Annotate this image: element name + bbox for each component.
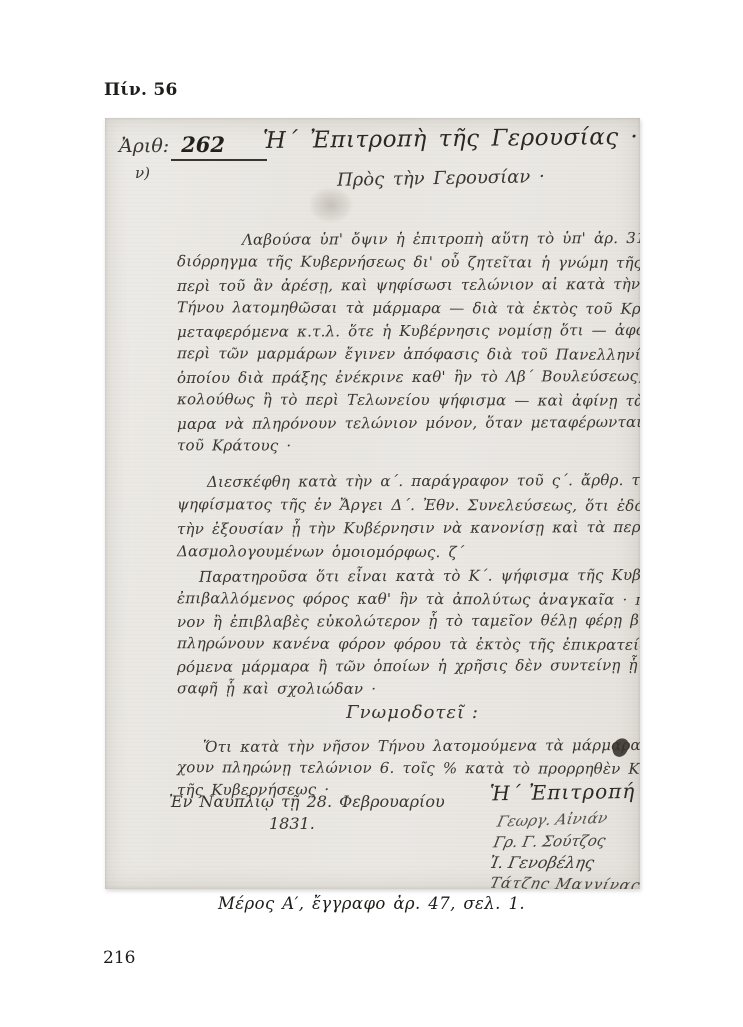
handwritten-line: ρόμενα μάρμαρα ἢ τῶν ὁποίων ἡ χρῆσις δὲν… [177, 654, 639, 679]
handwritten-line: κολούθως ἢ τὸ περὶ Τελωνείου ψήφισμα — κ… [177, 388, 639, 413]
year: 1831. [269, 814, 445, 833]
paper-stain [310, 188, 352, 222]
signature: Τάτζης Μαγγίνας [488, 874, 640, 889]
figure-caption: Μέρος Α′, ἔγγραφο ἀρ. 47, σελ. 1. [0, 894, 743, 913]
handwritten-line: περὶ τοῦ ἂν ἀρέσῃ, καὶ ψηφίσωσι τελώνιον… [177, 273, 639, 298]
document-title: Ἡ΄ Ἐπιτροπὴ τῆς Γερουσίας · [263, 124, 639, 154]
document-scan: Ἀριθ:262 ν) Ἡ΄ Ἐπιτροπὴ τῆς Γερουσίας · … [105, 118, 640, 889]
handwritten-line: πληρώνουν κανένα φόρον φόρου τὰ ἐκτὸς τῆ… [177, 632, 639, 656]
signature-block: Ἡ΄ Ἐπιτροπή · Γεωργ. Αἰνιάν Γρ. Γ. Σούτζ… [490, 780, 640, 889]
handwritten-line: ἐπιβαλλόμενος φόρος καθ' ἣν τὰ ἀπολύτως … [177, 587, 639, 611]
committee-signoff: Ἡ΄ Ἐπιτροπή · [490, 779, 640, 806]
handwritten-line: Τήνου λατομηθῶσαι τὰ μάρμαρα — διὰ τὰ ἐκ… [177, 296, 639, 321]
handwritten-line: Ὅτι κατὰ τὴν νῆσον Τήνου λατομούμενα τὰ … [177, 735, 640, 759]
handwritten-line: μεταφερόμενα κ.τ.λ. ὅτε ἡ Κυβέρνησις νομ… [177, 319, 639, 344]
handwritten-line: ὁποίου διὰ πράξης ἐνέκρινε καθ' ἣν τὸ Λβ… [177, 365, 639, 390]
place-date: Ἐν Ναυπλίῳ τῇ 28. Φεβρουαρίου [169, 792, 445, 811]
book-page: Πίν. 56 Ἀριθ:262 ν) Ἡ΄ Ἐπιτροπὴ τῆς Γερο… [0, 0, 743, 1027]
handwritten-line: χουν πληρώνῃ τελώνιον 6. τοῖς % κατὰ τὸ … [177, 757, 640, 780]
document-addressee: Πρὸς τὴν Γερουσίαν · [337, 166, 545, 191]
handwritten-line: διόρρηγμα τῆς Κυβερνήσεως δι' οὗ ζητεῖτα… [177, 250, 639, 275]
handwritten-line: ψηφίσματος τῆς ἐν Ἄργει Δ΄. Ἐθν. Συνελεύ… [177, 493, 639, 518]
handwritten-line: σαφῆ ᾗ καὶ σχολιώδαν · [177, 677, 639, 701]
paragraph-3: Παρατηροῦσα ὅτι εἶναι κατὰ τὸ Κ΄. ψήφισμ… [177, 565, 639, 701]
handwritten-line: τοῦ Κράτους · [177, 434, 639, 459]
handwritten-line: νον ἢ ἐπιβλαβὲς εὐκολώτερον ᾗ τὸ ταμεῖον… [177, 609, 639, 634]
protocol-number-group: Ἀριθ:262 [119, 132, 267, 157]
signature: Ἰ. Γενοβέλης [488, 853, 640, 872]
dateline: Ἐν Ναυπλίῳ τῇ 28. Φεβρουαρίου 1831. [169, 792, 445, 833]
paragraph-2: Διεσκέφθη κατὰ τὴν α΄. παράγραφον τοῦ ς΄… [177, 470, 639, 564]
handwritten-line: Παρατηροῦσα ὅτι εἶναι κατὰ τὸ Κ΄. ψήφισμ… [177, 564, 639, 589]
page-number: 216 [103, 948, 135, 968]
protocol-number: 262 [171, 132, 267, 161]
handwritten-line: Διεσκέφθη κατὰ τὴν α΄. παράγραφον τοῦ ς΄… [177, 469, 639, 495]
handwritten-line: Λαβούσα ὑπ' ὄψιν ἡ ἐπιτροπὴ αὕτη τὸ ὑπ' … [177, 227, 639, 252]
plate-label: Πίν. 56 [104, 80, 178, 100]
handwritten-line: τὴν ἐξουσίαν ᾗ τὴν Κυβέρνησιν νὰ κανονίσ… [177, 516, 639, 542]
opinion-heading: Γνωμοδοτεῖ : [105, 702, 640, 723]
paragraph-1: Λαβούσα ὑπ' ὄψιν ἡ ἐπιτροπὴ αὕτη τὸ ὑπ' … [177, 228, 639, 458]
handwritten-line: Δασμολογουμένων ὁμοιομόρφως. ζ΄ [177, 540, 639, 565]
protocol-flourish: ν) [135, 164, 150, 182]
handwritten-line: περὶ τῶν μαρμάρων ἔγινεν ἀπόφασις διὰ το… [177, 342, 639, 367]
handwritten-line: μαρα νὰ πληρόνουν τελώνιον μόνον, ὅταν μ… [177, 411, 639, 436]
protocol-label: Ἀριθ: [119, 135, 169, 157]
signature: Γρ. Γ. Σούτζος [492, 831, 640, 852]
signature: Γεωργ. Αἰνιάν [495, 807, 640, 830]
